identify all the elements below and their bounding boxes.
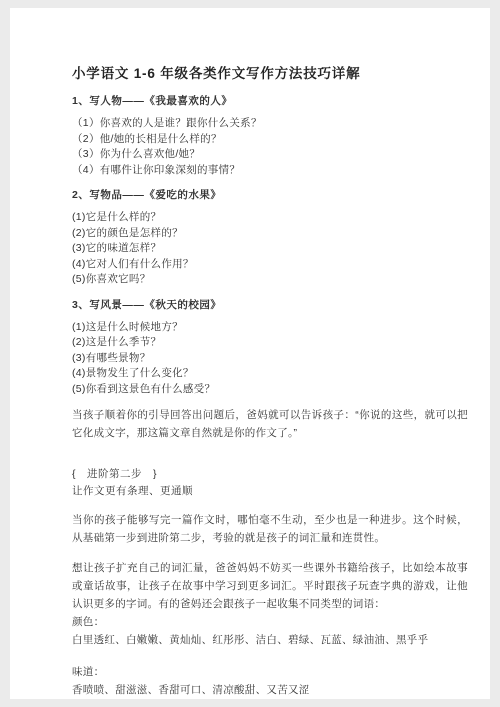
page-title: 小学语文 1-6 年级各类作文写作方法技巧详解: [72, 65, 468, 83]
question-line: (4)景物发生了什么变化？: [72, 366, 468, 382]
document-page: 小学语文 1-6 年级各类作文写作方法技巧详解 1、写人物——《我最喜欢的人》 …: [10, 8, 490, 699]
question-line: （2）他/她的长相是什么样的？: [72, 132, 468, 148]
section-heading: 3、写风景——《秋天的校园》: [72, 297, 468, 313]
question-line: (5)你喜欢它吗？: [72, 272, 468, 288]
word-group-label: 颜色：: [72, 613, 468, 631]
section-heading: 2、写物品——《爱吃的水果》: [72, 187, 468, 203]
question-line: (2)它的颜色是怎样的？: [72, 226, 468, 242]
question-line: (3)它的味道怎样？: [72, 241, 468, 257]
document-background: 小学语文 1-6 年级各类作文写作方法技巧详解 1、写人物——《我最喜欢的人》 …: [0, 0, 500, 707]
question-line: （4）有哪件让你印象深刻的事情？: [72, 163, 468, 179]
guide-paragraph: 当孩子顺着你的引导回答出问题后，爸妈就可以告诉孩子：“你说的这些，就可以把它化成…: [72, 406, 468, 442]
question-line: （3）你为什么喜欢他/她？: [72, 147, 468, 163]
word-group-label: 味道：: [72, 663, 468, 681]
question-line: (5)你看到这景色有什么感受？: [72, 382, 468, 398]
word-group-taste: 味道： 香喷喷、甜滋滋、香甜可口、清凉酸甜、又苦又涩: [72, 663, 468, 699]
step2-block: { 进阶第二步 } 让作文更有条理、更通顺 当你的孩子能够写完一篇作文时，哪怕毫…: [72, 466, 468, 699]
question-line: （1）你喜欢的人是谁？跟你什么关系？: [72, 116, 468, 132]
question-line: (3)有哪些景物？: [72, 351, 468, 367]
question-line: (4)它对人们有什么作用？: [72, 257, 468, 273]
step2-subtitle: 让作文更有条理、更通顺: [72, 483, 468, 500]
step2-bracket-heading: { 进阶第二步 }: [72, 466, 468, 483]
word-group-color: 颜色： 白里透红、白嫩嫩、黄灿灿、红彤彤、洁白、碧绿、瓦蓝、绿油油、黑乎乎: [72, 613, 468, 649]
word-group-words: 香喷喷、甜滋滋、香甜可口、清凉酸甜、又苦又涩: [72, 681, 468, 699]
section-heading: 1、写人物——《我最喜欢的人》: [72, 93, 468, 109]
step2-paragraph-2: 想让孩子扩充自己的词汇量，爸爸妈妈不妨买一些课外书籍给孩子，比如绘本故事或童话故…: [72, 559, 468, 613]
section-write-scenery: 3、写风景——《秋天的校园》 (1)这是什么时候地方？ (2)这是什么季节？ (…: [72, 297, 468, 398]
question-line: (1)它是什么样的？: [72, 210, 468, 226]
question-line: (1)这是什么时候地方？: [72, 320, 468, 336]
section-write-person: 1、写人物——《我最喜欢的人》 （1）你喜欢的人是谁？跟你什么关系？ （2）他/…: [72, 93, 468, 178]
question-line: (2)这是什么季节？: [72, 335, 468, 351]
section-write-object: 2、写物品——《爱吃的水果》 (1)它是什么样的？ (2)它的颜色是怎样的？ (…: [72, 187, 468, 288]
word-group-words: 白里透红、白嫩嫩、黄灿灿、红彤彤、洁白、碧绿、瓦蓝、绿油油、黑乎乎: [72, 631, 468, 649]
step2-paragraph-1: 当你的孩子能够写完一篇作文时，哪怕毫不生动，至少也是一种进步。这个时候，从基础第…: [72, 511, 468, 547]
